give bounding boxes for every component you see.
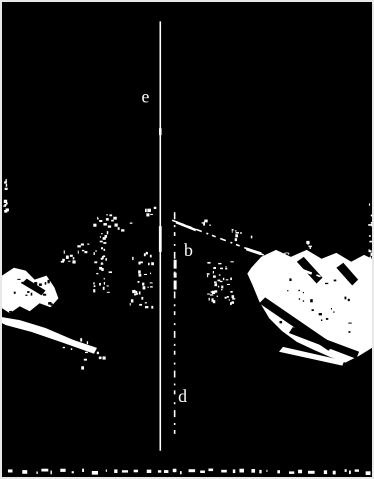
annotation-labels: e b c d xyxy=(141,86,289,406)
left-tail-speckle-dot xyxy=(63,347,65,348)
left-column-speckle-dot xyxy=(104,282,105,285)
left-column-speckle-dot xyxy=(101,263,104,264)
right-mass-texture-dot xyxy=(298,290,299,291)
right-edge-marks-dot xyxy=(369,249,370,252)
near-line-speckle-dot xyxy=(147,209,150,212)
bottom-scale-tick xyxy=(200,471,205,473)
left-mass-texture-dot xyxy=(39,283,42,285)
right-edge-marks-dot xyxy=(371,215,372,217)
left-edge-marks-dot xyxy=(6,203,8,205)
diagonal-bright-start xyxy=(176,222,196,230)
bottom-scale-tick xyxy=(189,469,196,472)
right-mass-texture-dot xyxy=(344,297,346,300)
right-c-cluster-dot xyxy=(218,263,221,264)
near-line-speckle-dot xyxy=(154,207,157,209)
right-c-cluster-dot xyxy=(214,283,217,286)
left-column-speckle-dot xyxy=(99,220,102,222)
right-mass-texture-dot xyxy=(326,318,328,320)
left-upper-speckle-dot xyxy=(107,231,108,234)
right-c-cluster-dot xyxy=(221,286,223,289)
right-c-cluster-dot xyxy=(230,291,232,293)
right-c-cluster-dot xyxy=(232,298,235,299)
right-c-cluster-dot xyxy=(211,291,212,293)
bottom-scale-tick xyxy=(82,469,84,472)
left-mid-speckle-dot xyxy=(138,281,140,283)
right-c-cluster-dot xyxy=(219,274,221,275)
diag-upper-speckle-dot xyxy=(235,232,238,234)
bottom-scale-tick xyxy=(22,470,27,474)
right-edge-marks-dot xyxy=(368,224,371,226)
right-c-cluster-dot xyxy=(213,271,214,274)
right-mass-texture-dot xyxy=(334,280,337,282)
near-line-speckle-dot xyxy=(150,214,153,215)
left-column-speckle-dot xyxy=(101,269,102,270)
right-mass-texture-dot xyxy=(350,281,352,282)
left-mid-speckle-dot xyxy=(148,263,150,265)
right-mass-texture-dot xyxy=(325,283,328,284)
right-edge-marks-dot xyxy=(370,257,372,259)
left-edge-marks-dot xyxy=(5,179,6,182)
left-diag-speckle-dot xyxy=(68,261,70,262)
right-mass-texture-dot xyxy=(319,313,322,315)
left-bone-mass xyxy=(2,268,58,314)
right-c-cluster-dot xyxy=(225,268,227,270)
right-c-cluster-dot xyxy=(211,298,213,301)
left-column-speckle-dot xyxy=(108,225,111,227)
left-column-speckle-dot xyxy=(99,283,101,286)
left-upper-speckle-dot xyxy=(118,227,120,230)
left-edge-marks-dot xyxy=(5,188,8,190)
left-mid-speckle-dot xyxy=(142,283,144,286)
bottom-scale-tick xyxy=(251,469,255,473)
left-mid-speckle-dot xyxy=(138,270,141,273)
left-column-speckle-dot xyxy=(102,256,104,259)
bottom-left-speckle-dot xyxy=(85,352,88,353)
left-mid-speckle-dot xyxy=(150,273,151,274)
right-mass-texture-dot xyxy=(321,319,322,321)
left-column-speckle-dot xyxy=(94,285,96,287)
left-edge-marks-dot xyxy=(3,205,6,206)
bottom-scale-tick xyxy=(349,471,351,475)
right-c-cluster-dot xyxy=(218,286,219,288)
bottom-scale-tick xyxy=(106,470,107,472)
bottom-scale-tick xyxy=(164,470,168,473)
diag-upper-speckle-dot xyxy=(235,238,237,241)
diag-upper-speckle-dot xyxy=(232,231,233,232)
left-mid-speckle-dot xyxy=(150,286,153,287)
left-mid-speckle-dot xyxy=(132,257,133,260)
left-column-speckle-dot xyxy=(103,242,106,244)
left-upper-speckle-dot xyxy=(111,220,114,222)
bottom-scale-tick xyxy=(180,471,182,474)
bottom-scale-tick xyxy=(158,470,161,472)
left-column-speckle-dot xyxy=(104,235,107,238)
bottom-scale-tick xyxy=(345,469,347,472)
right-c-cluster-dot xyxy=(230,302,232,305)
left-mass-texture-dot xyxy=(43,294,46,296)
left-diag-speckle-dot xyxy=(72,260,75,263)
left-edge-marks-dot xyxy=(6,184,7,187)
right-c-cluster-dot xyxy=(225,297,227,299)
bottom-scale-tick xyxy=(259,470,261,473)
left-column-speckle-dot xyxy=(93,224,96,227)
left-tail-speckle-dot xyxy=(85,348,87,350)
left-tail-speckle-dot xyxy=(87,341,88,344)
left-mass-texture-dot xyxy=(9,311,12,313)
bottom-scale-tick xyxy=(308,471,315,474)
bottom-scale-tick xyxy=(208,469,213,472)
right-c-cluster-dot xyxy=(230,261,233,262)
left-mass-texture-dot xyxy=(48,302,51,305)
left-mid-speckle-dot xyxy=(144,253,146,256)
bottom-scale-tick xyxy=(239,469,244,473)
diag-upper-speckle-dot xyxy=(240,232,241,234)
left-mid-speckle-dot xyxy=(130,303,131,306)
bottom-scale-tick xyxy=(333,471,336,475)
left-tail-speckle-dot xyxy=(71,348,72,350)
annotation-label-c: c xyxy=(282,245,290,265)
diag-upper-speckle-dot xyxy=(235,234,238,237)
left-mass-texture-dot xyxy=(34,282,37,285)
left-mass-texture-dot xyxy=(48,280,50,283)
right-c-cluster-dot xyxy=(209,298,210,301)
left-tail-speckle-dot xyxy=(67,339,70,340)
bottom-scale-tick xyxy=(355,469,359,471)
right-mass-texture-dot xyxy=(280,321,283,323)
left-column-speckle-dot xyxy=(101,233,103,234)
bottom-scale-tick xyxy=(277,470,280,473)
right-c-cluster-dot xyxy=(220,268,223,269)
left-mid-speckle-dot xyxy=(147,287,148,288)
left-mass-texture-dot xyxy=(45,282,46,285)
annotation-label-d: d xyxy=(178,386,187,406)
bottom-scale-tick xyxy=(289,471,294,473)
left-diag-speckle-dot xyxy=(78,251,79,254)
bottom-scale-tick xyxy=(60,469,65,472)
left-column-speckle-dot xyxy=(93,282,94,284)
right-mass-texture-dot xyxy=(333,312,335,313)
left-mid-speckle-dot xyxy=(145,302,147,303)
left-mid-speckle-dot xyxy=(139,274,142,277)
right-c-cluster-dot xyxy=(215,290,218,292)
left-mass-texture-dot xyxy=(35,286,37,287)
left-column-speckle-dot xyxy=(96,273,98,274)
bottom-scale-tick xyxy=(298,470,302,474)
left-tail-speckle-dot xyxy=(61,338,64,339)
right-c-cluster-dot xyxy=(207,275,208,278)
bottom-scale-tick xyxy=(324,470,327,474)
left-mid-speckle-dot xyxy=(150,255,152,258)
right-c-cluster-dot xyxy=(223,278,224,280)
right-c-cluster-dot xyxy=(221,289,222,290)
radiograph-image: e b c d xyxy=(2,2,372,477)
right-mass-texture-dot xyxy=(312,309,314,311)
left-mass-texture-dot xyxy=(17,279,20,280)
left-column-speckle-dot xyxy=(101,247,103,249)
left-upper-speckle-dot xyxy=(114,223,117,226)
right-edge-marks-dot xyxy=(369,241,372,243)
bottom-scale-tick xyxy=(72,471,74,473)
left-upper-speckle-dot xyxy=(106,214,108,215)
left-mid-speckle-dot xyxy=(139,291,141,294)
bottom-left-speckle-dot xyxy=(99,357,102,360)
left-mass-texture-dot xyxy=(31,293,33,296)
right-mass-texture-dot xyxy=(289,278,291,281)
bottom-left-speckle-dot xyxy=(97,352,99,354)
left-diag-speckle-dot xyxy=(64,250,65,253)
right-dot-cluster-dot xyxy=(308,246,311,247)
right-c-cluster-dot xyxy=(210,294,213,295)
right-c-cluster-dot xyxy=(207,262,210,264)
right-c-cluster-dot xyxy=(213,275,216,277)
right-c-cluster-dot xyxy=(217,296,218,297)
right-mass-texture-dot xyxy=(303,292,304,293)
left-mass-texture-dot xyxy=(21,282,24,284)
mid-upper-speckle-dot xyxy=(209,225,211,226)
left-mid-speckle-dot xyxy=(131,299,133,302)
left-diag-speckle-dot xyxy=(82,250,84,251)
right-c-cluster-dot xyxy=(213,267,216,269)
left-column-speckle-dot xyxy=(104,278,105,280)
near-line-speckle-dot xyxy=(146,213,149,216)
left-mid-speckle-dot xyxy=(132,290,135,293)
right-mass-texture-dot xyxy=(310,268,313,270)
right-c-cluster-dot xyxy=(226,279,229,280)
left-upper-speckle-dot xyxy=(113,217,116,220)
mid-upper-speckle-dot xyxy=(202,222,205,223)
left-mid-speckle-dot xyxy=(144,274,147,275)
left-mid-speckle-dot xyxy=(150,282,153,283)
left-mass-texture-dot xyxy=(25,295,27,296)
bottom-scale-tick xyxy=(50,471,51,475)
left-column-speckle-dot xyxy=(106,218,109,221)
right-c-cluster-dot xyxy=(225,266,226,268)
left-upper-speckle-dot xyxy=(130,222,133,223)
bottom-scale-tick xyxy=(233,469,235,473)
left-diag-speckle-dot xyxy=(77,245,80,247)
bottom-left-speckle-dot xyxy=(84,359,87,361)
annotation-label-b: b xyxy=(184,240,193,260)
left-column-speckle-dot xyxy=(109,271,112,273)
radiograph-figure: e b c d xyxy=(0,0,374,479)
left-column-speckle-dot xyxy=(94,252,95,255)
left-mid-speckle-dot xyxy=(151,306,153,309)
left-column-speckle-dot xyxy=(107,292,110,293)
bottom-scale-tick xyxy=(122,470,128,472)
right-c-cluster-dot xyxy=(229,299,230,301)
left-mid-speckle-dot xyxy=(146,252,148,255)
left-column-speckle-dot xyxy=(104,249,106,251)
left-column-speckle-dot xyxy=(93,289,95,292)
left-mid-speckle-dot xyxy=(145,306,148,308)
left-mid-speckle-dot xyxy=(143,286,146,289)
left-tail-speckle-dot xyxy=(80,338,82,341)
diag-upper-speckle-dot xyxy=(251,236,252,239)
left-diag-speckle-dot xyxy=(73,257,75,259)
bottom-scale-tick xyxy=(266,470,267,472)
left-mass-texture-dot xyxy=(27,291,29,293)
right-dot-cluster-dot xyxy=(308,243,309,245)
right-edge-marks-dot xyxy=(369,235,371,236)
near-line-speckle-dot xyxy=(145,209,147,212)
left-column-speckle-dot xyxy=(98,218,99,219)
left-upper-speckle-dot xyxy=(109,214,112,216)
right-mass-texture-dot xyxy=(348,331,350,333)
left-mid-speckle-dot xyxy=(141,297,143,300)
right-c-cluster-dot xyxy=(207,294,210,295)
bottom-left-speckle-dot xyxy=(103,356,106,359)
bottom-scale-tick xyxy=(114,469,117,473)
diag-upper-speckle-dot xyxy=(232,229,234,231)
left-diag-speckle-dot xyxy=(87,244,89,245)
left-mass-texture-dot xyxy=(14,292,16,294)
left-mid-speckle-dot xyxy=(151,262,154,265)
bottom-scale-tick xyxy=(173,469,177,472)
right-edge-marks-dot xyxy=(371,253,372,256)
right-mass-texture-dot xyxy=(331,308,332,310)
left-column-speckle-dot xyxy=(95,250,97,251)
left-diag-speckle-dot xyxy=(84,251,87,253)
left-column-speckle-dot xyxy=(94,261,97,263)
left-mid-speckle-dot xyxy=(140,261,143,263)
left-mid-speckle-dot xyxy=(134,294,136,296)
left-bone-tail xyxy=(2,317,97,354)
right-mass-texture-dot xyxy=(310,299,313,302)
left-edge-marks-dot xyxy=(6,208,9,211)
left-upper-speckle-dot xyxy=(121,229,124,231)
bottom-scale-tick xyxy=(366,471,371,475)
right-c-cluster-dot xyxy=(227,296,229,298)
left-diag-speckle-dot xyxy=(81,243,84,245)
right-c-cluster-dot xyxy=(230,277,232,280)
right-mass-texture-dot xyxy=(348,323,351,324)
left-tail-speckle-dot xyxy=(78,343,80,345)
left-column-speckle-dot xyxy=(100,241,103,243)
left-diag-speckle-dot xyxy=(66,256,69,259)
bottom-scale-tick xyxy=(41,469,48,472)
bottom-scale-tick xyxy=(134,470,138,473)
right-c-cluster-dot xyxy=(207,273,210,274)
right-mass-texture-dot xyxy=(348,299,350,301)
right-c-cluster-dot xyxy=(232,301,234,303)
left-mid-speckle-dot xyxy=(139,304,142,306)
right-c-cluster-dot xyxy=(217,280,220,282)
bottom-scale-tick xyxy=(147,470,152,473)
right-mass-texture-dot xyxy=(303,300,304,301)
bottom-scale-tick xyxy=(36,471,37,473)
bottom-scale-tick xyxy=(221,470,227,473)
right-c-cluster-dot xyxy=(214,281,217,282)
right-edge-marks-dot xyxy=(371,223,372,226)
left-column-speckle-dot xyxy=(107,285,109,286)
left-column-speckle-dot xyxy=(99,267,102,270)
right-c-cluster-dot xyxy=(227,284,230,285)
left-column-speckle-dot xyxy=(103,287,105,290)
left-column-speckle-dot xyxy=(100,236,101,237)
bottom-scale-tick xyxy=(8,469,13,472)
right-edge-marks-dot xyxy=(369,203,370,205)
annotation-label-e: e xyxy=(141,86,149,106)
diag-upper-speckle-dot xyxy=(235,230,236,231)
left-column-speckle-dot xyxy=(103,223,106,225)
bottom-scale-tick xyxy=(92,471,98,475)
right-mass-texture-dot xyxy=(287,290,288,291)
diagonal-bright-middle xyxy=(246,249,261,254)
left-column-speckle-dot xyxy=(105,258,107,260)
right-c-cluster-dot xyxy=(232,295,235,298)
bottom-left-speckle-dot xyxy=(81,366,84,369)
right-edge-marks-dot xyxy=(371,222,372,223)
left-column-speckle-dot xyxy=(101,262,103,263)
left-diag-speckle-dot xyxy=(62,259,65,262)
left-diag-speckle-dot xyxy=(70,255,73,257)
right-mass-texture-dot xyxy=(299,298,300,300)
mid-upper-speckle-dot xyxy=(204,220,207,223)
